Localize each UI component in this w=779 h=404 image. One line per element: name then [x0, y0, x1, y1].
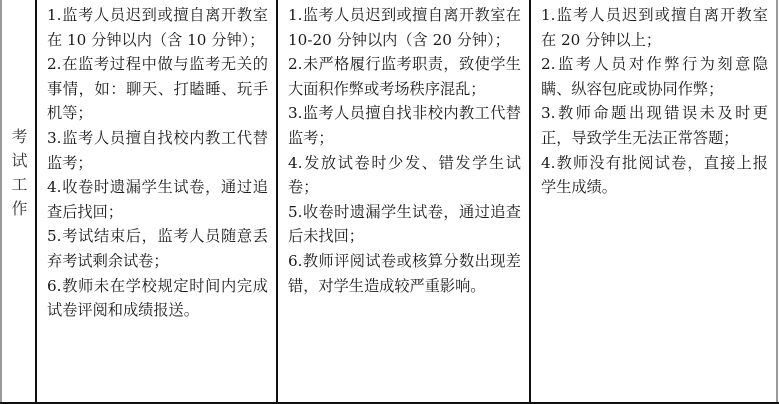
list-item: 4.收卷时遗漏学生试卷，通过追查后找回； — [47, 175, 268, 224]
table-right-border — [776, 0, 778, 404]
list-item: 3.监考人员擅自找校内教工代替监考； — [47, 126, 268, 175]
list-item: 2.监考人员对作弊行为刻意隐瞒、纵容包庇或协同作弊； — [541, 52, 768, 101]
list-item: 3.监考人员擅自找非校内教工代替监考； — [288, 101, 521, 150]
list-item: 2.在监考过程中做与监考无关的事情，如：聊天、打瞌睡、玩手机等； — [47, 52, 268, 126]
row-label-cell: 考试工作 — [2, 0, 35, 402]
list-item: 3.教师命题出现错误未及时更正，导致学生无法正常答题； — [541, 101, 768, 150]
list-item: 1.监考人员迟到或擅自离开教室在 20 分钟以上； — [541, 3, 768, 52]
list-item: 1.监考人员迟到或擅自离开教室在 10 分钟以内（含 10 分钟）； — [47, 3, 268, 52]
column-cell-minor: 1.监考人员迟到或擅自离开教室在 10 分钟以内（含 10 分钟）； 2.在监考… — [37, 0, 276, 402]
list-item: 1.监考人员迟到或擅自离开教室在 10-20 分钟以内（含 20 分钟）； — [288, 3, 521, 52]
column-cell-severe: 1.监考人员迟到或擅自离开教室在 20 分钟以上； 2.监考人员对作弊行为刻意隐… — [531, 0, 776, 402]
list-item: 4.教师没有批阅试卷，直接上报学生成绩。 — [541, 151, 768, 200]
incident-classification-table: 考试工作 1.监考人员迟到或擅自离开教室在 10 分钟以内（含 10 分钟）； … — [0, 0, 779, 404]
list-item: 5.考试结束后，监考人员随意丢弃考试剩余试卷； — [47, 224, 268, 273]
row-label: 考试工作 — [7, 128, 30, 224]
column-cell-moderate: 1.监考人员迟到或擅自离开教室在 10-20 分钟以内（含 20 分钟）； 2.… — [278, 0, 529, 402]
list-item: 5.收卷时遗漏学生试卷，通过追查后未找回； — [288, 200, 521, 249]
list-item: 6.教师未在学校规定时间内完成试卷评阅和成绩报送。 — [47, 274, 268, 323]
list-item: 4.发放试卷时少发、错发学生试卷； — [288, 151, 521, 200]
list-item: 2.未严格履行监考职责，致使学生大面积作弊或考场秩序混乱； — [288, 52, 521, 101]
list-item: 6.教师评阅试卷或核算分数出现差错，对学生造成较严重影响。 — [288, 249, 521, 298]
